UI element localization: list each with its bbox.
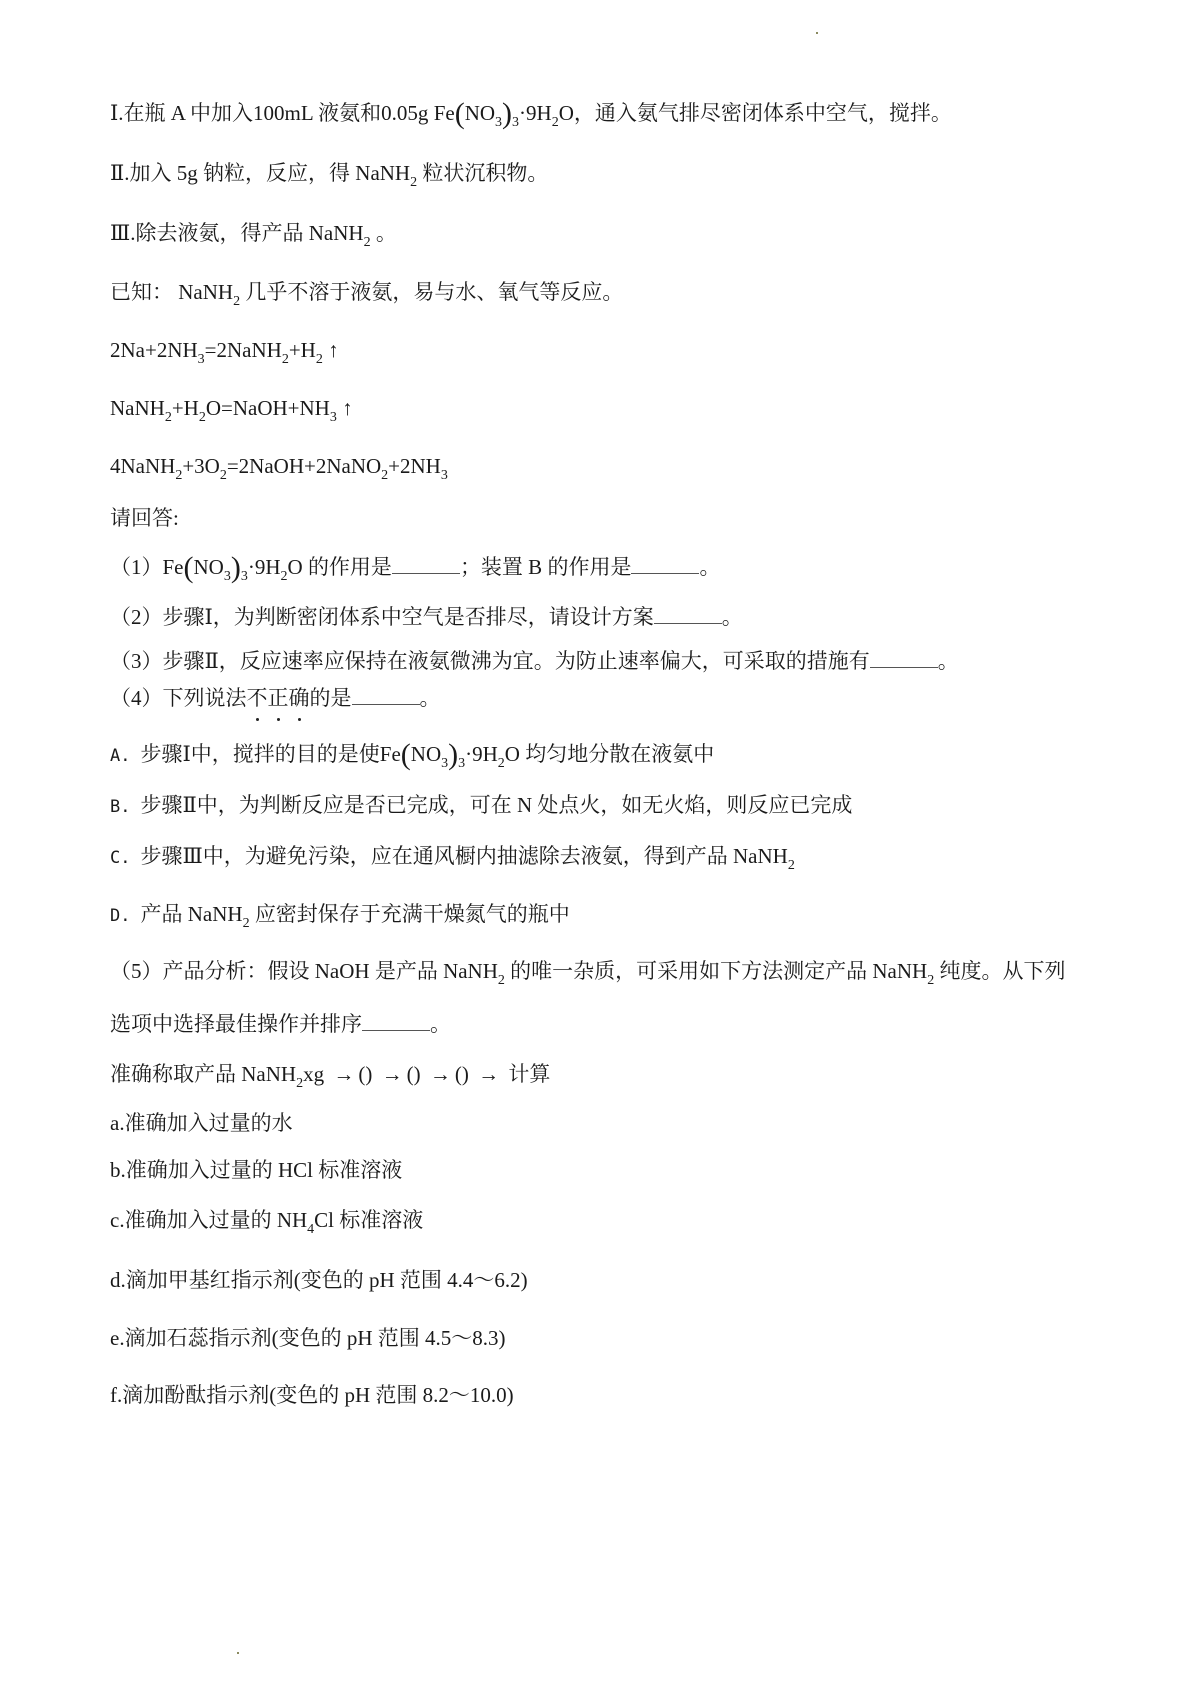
answer-blank[interactable] bbox=[654, 603, 722, 624]
step-3: Ⅲ.除去液氨，得产品 NaNH2 。 bbox=[110, 218, 397, 248]
question-2: （2）步骤Ⅰ，为判断密闭体系中空气是否排尽，请设计方案。 bbox=[110, 602, 743, 632]
answer-blank[interactable] bbox=[352, 684, 420, 705]
question-end: 。 bbox=[938, 649, 959, 673]
option-letter: A. bbox=[110, 746, 130, 766]
subscript: 2 bbox=[220, 468, 227, 483]
question-text: 的是 bbox=[310, 686, 352, 710]
eq-part: NaNH bbox=[110, 396, 165, 420]
option-d[interactable]: D.产品 NaNH2 应密封保存于充满干燥氮气的瓶中 bbox=[110, 899, 570, 931]
eq-part: =2NaOH+2NaNO bbox=[227, 454, 381, 478]
gas-arrow-icon: ↑ bbox=[323, 338, 339, 362]
subscript: 2 bbox=[282, 352, 289, 367]
step-2-suffix: 粒状沉积物。 bbox=[417, 161, 548, 185]
question-5-line-1: （5）产品分析：假设 NaOH 是产品 NaNH2 的唯一杂质，可采用如下方法测… bbox=[110, 956, 1065, 986]
answer-blank-1[interactable] bbox=[392, 553, 460, 574]
equation-1: 2Na+2NH3=2NaNH2+H2 ↑ bbox=[110, 335, 339, 365]
option-d-methyl-red[interactable]: d.滴加甲基红指示剂(变色的 pH 范围 4.4～6.2) bbox=[110, 1265, 528, 1295]
step-3-text: Ⅲ.除去液氨，得产品 NaNH bbox=[110, 221, 364, 245]
option-letter: D. bbox=[110, 906, 130, 926]
formula-o: O bbox=[559, 101, 574, 125]
subscript: 2 bbox=[552, 115, 559, 130]
answer-blank[interactable] bbox=[362, 1010, 430, 1031]
subscript: 3 bbox=[330, 410, 337, 425]
option-b[interactable]: B.步骤Ⅱ中，为判断反应是否已完成，可在 N 处点火，如无火焰，则反应已完成 bbox=[110, 790, 852, 822]
question-4: （4）下列说法不正确的是。 bbox=[110, 683, 441, 713]
eq-part: +H bbox=[172, 396, 199, 420]
option-text: 均匀地分散在液氨中 bbox=[520, 742, 714, 766]
option-text: 步骤Ⅱ中，为判断反应是否已完成，可在 N 处点火，如无火焰，则反应已完成 bbox=[140, 793, 852, 817]
option-text: 步骤Ⅰ中，搅拌的目的是使 bbox=[140, 742, 379, 766]
subscript: 2 bbox=[788, 858, 795, 873]
step-2: Ⅱ.加入 5g 钠粒，反应，得 NaNH2 粒状沉积物。 bbox=[110, 158, 548, 188]
option-letter: C. bbox=[110, 848, 130, 868]
question-text: 纯度。从下列 bbox=[934, 959, 1065, 983]
paren-open: ( bbox=[184, 551, 194, 584]
scan-speck bbox=[237, 1652, 239, 1654]
formula-fe: Fe bbox=[434, 101, 455, 125]
subscript: 2 bbox=[243, 916, 250, 931]
emphasis-char: 正 bbox=[268, 683, 289, 713]
option-letter: B. bbox=[110, 797, 130, 817]
question-text: （3）步骤Ⅱ，反应速率应保持在液氨微沸为宜。为防止速率偏大，可采取的措施有 bbox=[110, 649, 870, 673]
eq-part: 2Na+2NH bbox=[110, 338, 198, 362]
subscript: 3 bbox=[241, 569, 248, 584]
answer-blank-2[interactable] bbox=[631, 553, 699, 574]
question-text: ；装置 B 的作用是 bbox=[460, 555, 632, 579]
flow-mass: xg bbox=[303, 1062, 324, 1086]
formula-no: NO bbox=[465, 101, 495, 125]
question-5-line-2: 选项中选择最佳操作并排序。 bbox=[110, 1009, 451, 1039]
formula-fe: Fe bbox=[380, 742, 401, 766]
arrow-right-icon: → bbox=[382, 1062, 403, 1086]
paren-open: ( bbox=[455, 97, 465, 130]
option-a-water[interactable]: a.准确加入过量的水 bbox=[110, 1108, 293, 1138]
formula-no: NO bbox=[194, 555, 224, 579]
step-3-suffix: 。 bbox=[371, 221, 397, 245]
answer-blank[interactable] bbox=[870, 647, 938, 668]
flow-slot-1[interactable]: () bbox=[358, 1062, 372, 1086]
formula-no: NO bbox=[411, 742, 441, 766]
question-end: 。 bbox=[699, 555, 720, 579]
option-text: 产品 NaNH bbox=[140, 902, 242, 926]
option-text: c.准确加入过量的 NH bbox=[110, 1208, 307, 1232]
subscript: 2 bbox=[498, 973, 505, 988]
known-info: 已知： NaNH2 几乎不溶于液氨，易与水、氧气等反应。 bbox=[110, 277, 623, 307]
question-number: （1） bbox=[110, 555, 163, 579]
subscript: 3 bbox=[198, 352, 205, 367]
formula-o: O bbox=[505, 742, 520, 766]
eq-part: +2NH bbox=[388, 454, 441, 478]
flow-slot-2[interactable]: () bbox=[407, 1062, 421, 1086]
flow-end: 计算 bbox=[503, 1062, 550, 1086]
subscript: 2 bbox=[165, 410, 172, 425]
subscript: 2 bbox=[498, 756, 505, 771]
subscript: 3 bbox=[495, 115, 502, 130]
paren-close: ) bbox=[502, 97, 512, 130]
eq-part: +H bbox=[289, 338, 316, 362]
subscript: 2 bbox=[364, 235, 371, 250]
step-1-text: Ⅰ.在瓶 A 中加入100mL 液氨和0.05g bbox=[110, 101, 434, 125]
emphasis-char: 确 bbox=[289, 683, 310, 713]
subscript: 2 bbox=[281, 569, 288, 584]
arrow-right-icon: → bbox=[430, 1062, 451, 1086]
question-end: 。 bbox=[430, 1012, 451, 1036]
question-text: （2）步骤Ⅰ，为判断密闭体系中空气是否排尽，请设计方案 bbox=[110, 605, 654, 629]
question-text: （4）下列说法 bbox=[110, 686, 247, 710]
subscript: 3 bbox=[224, 569, 231, 584]
option-a[interactable]: A.步骤Ⅰ中，搅拌的目的是使Fe(NO3)3·9H2O 均匀地分散在液氨中 bbox=[110, 739, 714, 771]
emphasis-char: 不 bbox=[247, 683, 268, 713]
arrow-right-icon: → bbox=[333, 1062, 354, 1086]
gas-arrow-icon: ↑ bbox=[337, 396, 353, 420]
formula-9h: ·9H bbox=[519, 101, 552, 125]
scan-speck bbox=[816, 32, 818, 34]
option-c[interactable]: C.步骤Ⅲ中，为避免污染，应在通风橱内抽滤除去液氨，得到产品 NaNH2 bbox=[110, 841, 795, 873]
paren-open: ( bbox=[401, 738, 411, 771]
formula-fe: Fe bbox=[163, 555, 184, 579]
question-end: 。 bbox=[722, 605, 743, 629]
eq-part: =2NaNH bbox=[205, 338, 282, 362]
question-text: （5）产品分析：假设 NaOH 是产品 NaNH bbox=[110, 959, 498, 983]
question-text: 的唯一杂质，可采用如下方法测定产品 NaNH bbox=[505, 959, 927, 983]
subscript: 3 bbox=[441, 468, 448, 483]
known-suffix: 几乎不溶于液氨，易与水、氧气等反应。 bbox=[240, 280, 623, 304]
eq-part: +3O bbox=[182, 454, 220, 478]
step-1-suffix: ，通入氨气排尽密闭体系中空气，搅拌。 bbox=[574, 101, 952, 125]
flow-text: 准确称取产品 NaNH bbox=[110, 1062, 296, 1086]
eq-part: 4NaNH bbox=[110, 454, 175, 478]
paren-close: ) bbox=[448, 738, 458, 771]
equation-2: NaNH2+H2O=NaOH+NH3 ↑ bbox=[110, 393, 353, 423]
option-f-phenolphthalein[interactable]: f.滴加酚酞指示剂(变色的 pH 范围 8.2～10.0) bbox=[110, 1380, 514, 1410]
please-answer: 请回答: bbox=[110, 503, 179, 533]
option-text: 应密封保存于充满干燥氮气的瓶中 bbox=[250, 902, 570, 926]
step-1: Ⅰ.在瓶 A 中加入100mL 液氨和0.05g Fe(NO3)3·9H2O，通… bbox=[110, 98, 952, 128]
formula-o: O bbox=[288, 555, 303, 579]
subscript: 3 bbox=[512, 115, 519, 130]
question-3: （3）步骤Ⅱ，反应速率应保持在液氨微沸为宜。为防止速率偏大，可采取的措施有。 bbox=[110, 646, 959, 676]
step-2-text: Ⅱ.加入 5g 钠粒，反应，得 NaNH bbox=[110, 161, 410, 185]
subscript: 2 bbox=[199, 410, 206, 425]
formula-9h: ·9H bbox=[248, 555, 281, 579]
question-1: （1）Fe(NO3)3·9H2O 的作用是；装置 B 的作用是。 bbox=[110, 552, 720, 582]
option-e-litmus[interactable]: e.滴加石蕊指示剂(变色的 pH 范围 4.5～8.3) bbox=[110, 1323, 505, 1353]
procedure-flow: 准确称取产品 NaNH2xg →() →() →() → 计算 bbox=[110, 1059, 550, 1089]
question-end: 。 bbox=[420, 686, 441, 710]
arrow-right-icon: → bbox=[478, 1062, 499, 1086]
subscript: 2 bbox=[316, 352, 323, 367]
known-prefix: 已知： NaNH bbox=[110, 280, 233, 304]
formula-9h: ·9H bbox=[465, 742, 498, 766]
option-text: 步骤Ⅲ中，为避免污染，应在通风橱内抽滤除去液氨，得到产品 NaNH bbox=[140, 844, 787, 868]
equation-3: 4NaNH2+3O2=2NaOH+2NaNO2+2NH3 bbox=[110, 451, 448, 481]
question-text: 的作用是 bbox=[303, 555, 392, 579]
paren-close: ) bbox=[231, 551, 241, 584]
flow-slot-3[interactable]: () bbox=[455, 1062, 469, 1086]
option-b-hcl[interactable]: b.准确加入过量的 HCl 标准溶液 bbox=[110, 1155, 402, 1185]
eq-part: O=NaOH+NH bbox=[206, 396, 330, 420]
option-text: Cl 标准溶液 bbox=[314, 1208, 423, 1232]
option-c-nh4cl[interactable]: c.准确加入过量的 NH4Cl 标准溶液 bbox=[110, 1205, 423, 1235]
question-text: 选项中选择最佳操作并排序 bbox=[110, 1012, 362, 1036]
